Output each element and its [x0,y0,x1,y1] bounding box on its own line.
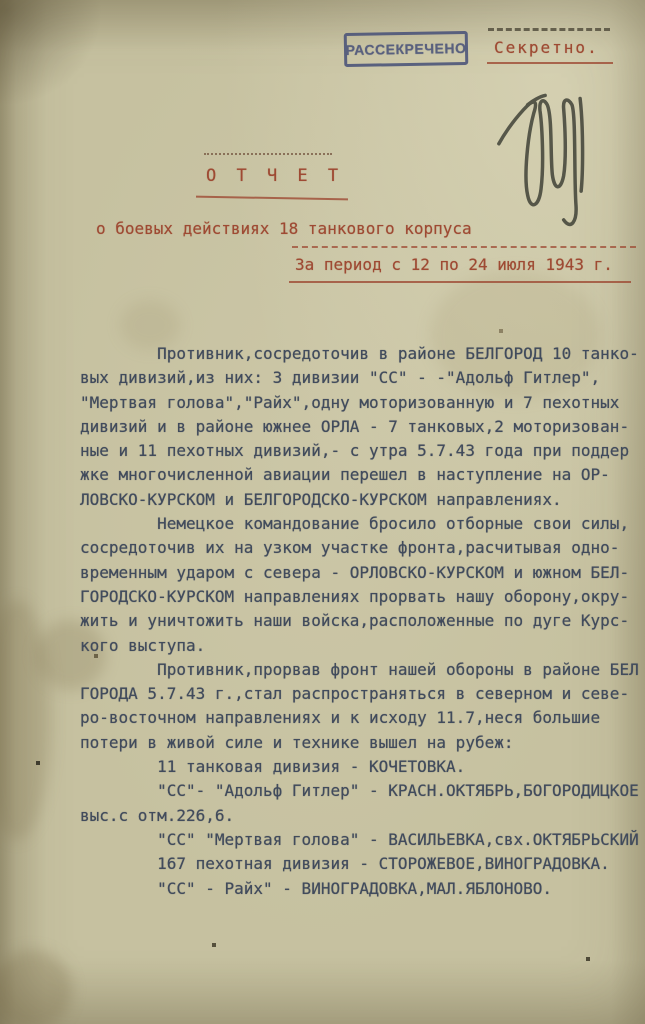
classification-underline [487,62,613,64]
body-line: потери в живой силе и технике вышел на р… [80,731,645,755]
period-underline [289,281,631,283]
report-body: Противник,сосредоточив в районе БЕЛГОРОД… [80,342,645,901]
paper-specks [0,0,2,2]
report-period: За период с 12 по 24 июля 1943 г. [295,255,613,274]
body-line: ГОРОДА 5.7.43 г.,стал распространяться в… [80,682,645,706]
body-line: Противник,прорвав фронт нашей обороны в … [80,658,645,682]
body-line: дивизий и в районе южнее ОРЛА - 7 танков… [80,415,645,439]
body-line: "СС" "Мертвая голова" - ВАСИЛЬЕВКА,свх.О… [80,828,645,852]
document-page: РАССЕКРЕЧЕНО Секретно. О Т Ч Е Т о боевы… [0,0,645,1024]
body-line: ные и 11 пехотных дивизий,- с утра 5.7.4… [80,439,645,463]
body-line: "СС"- "Адольф Гитлер" - КРАСН.ОКТЯБРЬ,БО… [80,779,645,803]
body-line: временным ударом с севера - ОРЛОВСКО-КУР… [80,561,645,585]
body-line: Противник,сосредоточив в районе БЕЛГОРОД… [80,342,645,366]
body-line: ЛОВСКО-КУРСКОМ и БЕЛГОРОДСКО-КУРСКОМ нап… [80,488,645,512]
dashed-rule-below-subtitle [292,246,636,248]
body-line: жке многочисленной авиации перешел в нас… [80,463,645,487]
body-line: Немецкое командование бросило отборные с… [80,512,645,536]
paper-stain [0,950,72,1024]
body-line: выс.с отм.226,6. [80,804,645,828]
body-line: жить и уничтожить наши войска,расположен… [80,609,645,633]
body-line: вых дивизий,из них: 3 дивизии "СС" - -"А… [80,366,645,390]
classification-label: Секретно. [494,38,599,57]
paper-stain [0,600,52,840]
report-title: О Т Ч Е Т [206,166,343,186]
body-line: ро-восточном направлениях и к исходу 11.… [80,706,645,730]
body-line: "СС" - Райх" - ВИНОГРАДОВКА,МАЛ.ЯБЛОНОВО… [80,877,645,901]
dotted-rule-above-title [204,153,332,155]
body-line: сосредоточив их на узком участке фронта,… [80,536,645,560]
body-line: кого выступа. [80,634,645,658]
body-line: 167 пехотная дивизия - СТОРОЖЕВОЕ,ВИНОГР… [80,852,645,876]
body-line: 11 танковая дивизия - КОЧЕТОВКА. [80,755,645,779]
body-line: ГОРОДСКО-КУРСКОМ направлениях прорвать н… [80,585,645,609]
dashed-rule-above-classification [488,28,610,31]
handwritten-signature [468,80,645,260]
declassified-stamp: РАССЕКРЕЧЕНО [344,31,469,67]
body-line: "Мертвая голова","Райх",одну моторизован… [80,391,645,415]
title-underline [196,196,348,201]
report-subtitle: о боевых действиях 18 танкового корпуса [96,219,472,238]
